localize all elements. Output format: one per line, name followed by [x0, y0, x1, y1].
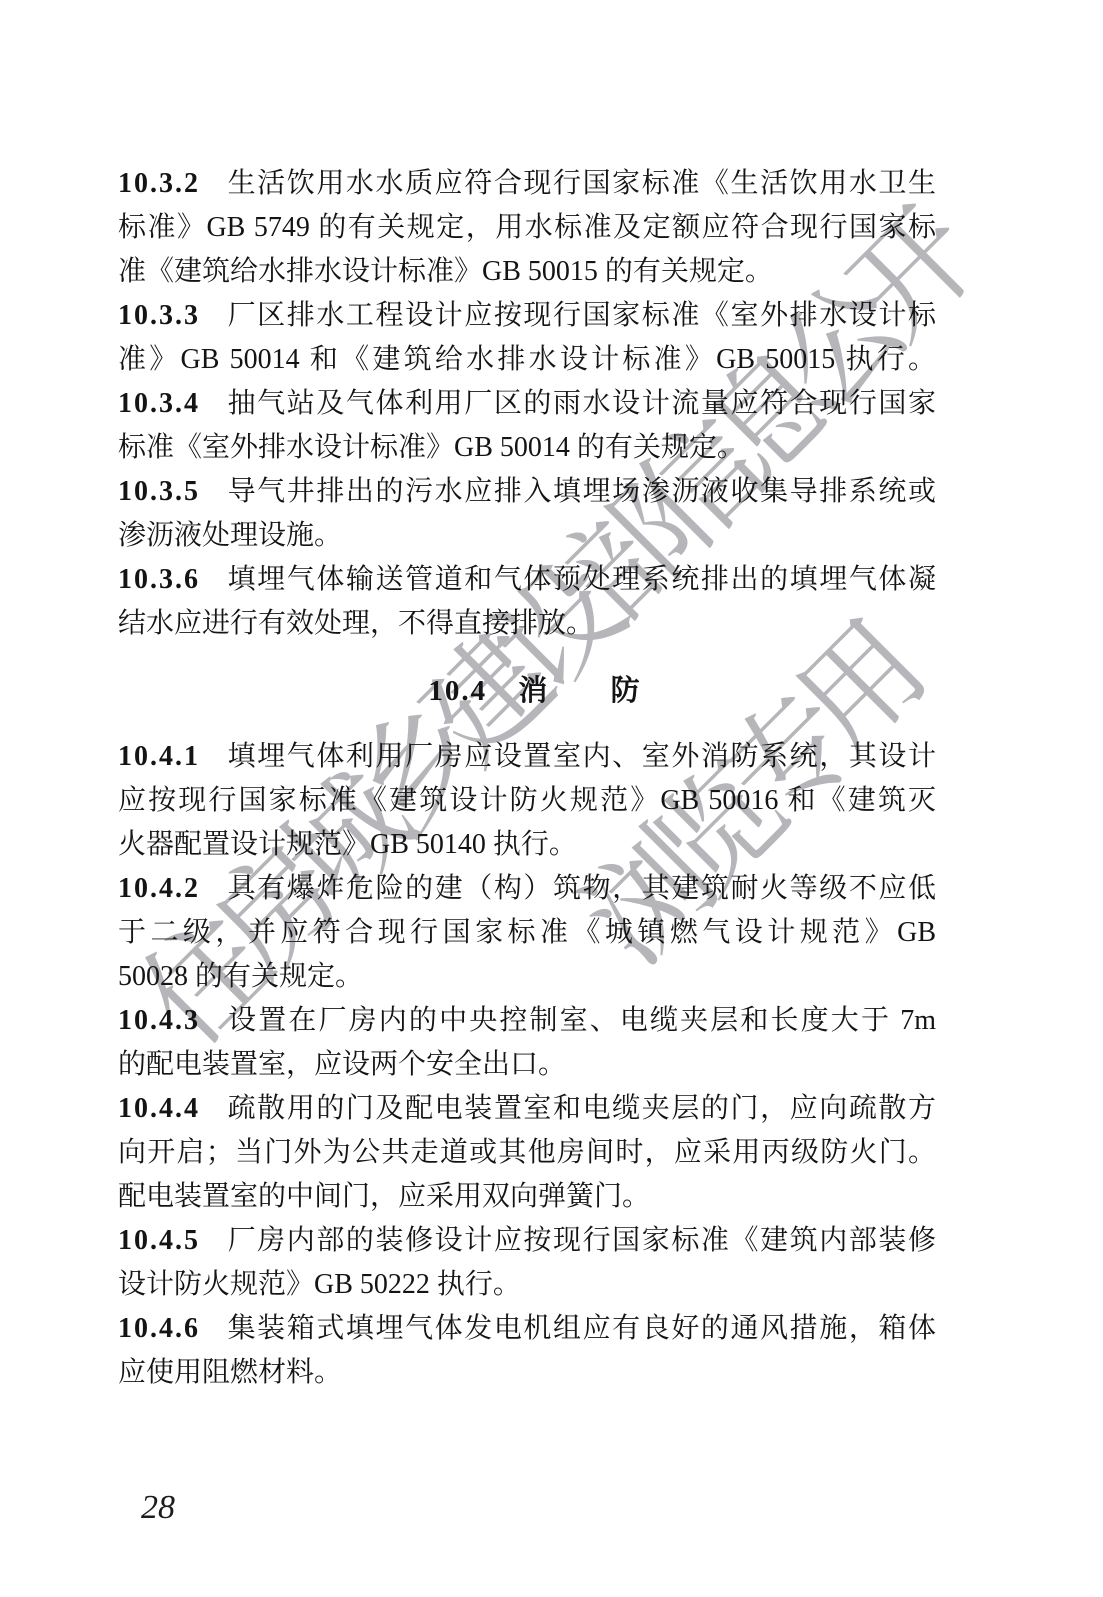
clause-line: 于二级，并应符合现行国家标准《城镇燃气设计规范》GB: [118, 911, 936, 955]
section-heading-title-char-1: 消: [518, 675, 547, 707]
clause-line: 向开启；当门外为公共走道或其他房间时，应采用丙级防火门。: [118, 1131, 936, 1175]
clause-10.3.5: 10.3.5导气井排出的污水应排入填埋场渗沥液收集导排系统或渗沥液处理设施。: [118, 470, 936, 558]
clause-number: 10.3.4: [118, 388, 200, 419]
clause-line: 准《建筑给水排水设计标准》GB 50015 的有关规定。: [118, 250, 936, 294]
clause-line: 标准《室外排水设计标准》GB 50014 的有关规定。: [118, 426, 936, 470]
clause-line: 10.4.5厂房内部的装修设计应按现行国家标准《建筑内部装修: [118, 1219, 936, 1263]
clause-number: 10.4.1: [118, 741, 200, 772]
clause-line: 应使用阻燃材料。: [118, 1351, 936, 1395]
section-heading: 10.4 消 防: [118, 669, 936, 713]
clause-group-10-4: 10.4.1填埋气体利用厂房应设置室内、室外消防系统，其设计应按现行国家标准《建…: [118, 735, 936, 1395]
clause-number: 10.3.3: [118, 300, 200, 331]
clause-number: 10.4.3: [118, 1005, 200, 1036]
clause-line: 设计防火规范》GB 50222 执行。: [118, 1263, 936, 1307]
clause-line: 10.3.6填埋气体输送管道和气体预处理系统排出的填埋气体凝: [118, 558, 936, 602]
clause-10.4.3: 10.4.3设置在厂房内的中央控制室、电缆夹层和长度大于 7m的配电装置室，应设…: [118, 999, 936, 1087]
clause-number: 10.4.2: [118, 873, 200, 904]
clause-text: 疏散用的门及配电装置室和电缆夹层的门，应向疏散方: [226, 1093, 936, 1124]
clause-line: 10.4.1填埋气体利用厂房应设置室内、室外消防系统，其设计: [118, 735, 936, 779]
clause-line: 标准》GB 5749 的有关规定，用水标准及定额应符合现行国家标: [118, 206, 936, 250]
clause-line: 10.4.4疏散用的门及配电装置室和电缆夹层的门，应向疏散方: [118, 1087, 936, 1131]
clause-text: 填埋气体利用厂房应设置室内、室外消防系统，其设计: [226, 741, 936, 772]
clause-text: 填埋气体输送管道和气体预处理系统排出的填埋气体凝: [226, 564, 936, 595]
clause-text: 厂区排水工程设计应按现行国家标准《室外排水设计标: [226, 300, 936, 331]
clause-line: 火器配置设计规范》GB 50140 执行。: [118, 823, 936, 867]
section-heading-title-char-2: 防: [611, 675, 640, 707]
section-heading-number: 10.4: [428, 675, 487, 707]
clause-line: 10.3.5导气井排出的污水应排入填埋场渗沥液收集导排系统或: [118, 470, 936, 514]
clause-text: 抽气站及气体利用厂区的雨水设计流量应符合现行国家: [226, 388, 936, 419]
clause-number: 10.3.5: [118, 476, 200, 507]
clause-10.4.5: 10.4.5厂房内部的装修设计应按现行国家标准《建筑内部装修设计防火规范》GB …: [118, 1219, 936, 1307]
clause-text: 导气井排出的污水应排入填埋场渗沥液收集导排系统或: [226, 476, 936, 507]
clause-line: 10.4.6集装箱式填埋气体发电机组应有良好的通风措施，箱体: [118, 1307, 936, 1351]
clause-number: 10.4.4: [118, 1093, 200, 1124]
clause-line: 10.4.2具有爆炸危险的建（构）筑物，其建筑耐火等级不应低: [118, 867, 936, 911]
clause-line: 配电装置室的中间门，应采用双向弹簧门。: [118, 1175, 936, 1219]
clause-10.4.4: 10.4.4疏散用的门及配电装置室和电缆夹层的门，应向疏散方向开启；当门外为公共…: [118, 1087, 936, 1219]
clause-10.4.2: 10.4.2具有爆炸危险的建（构）筑物，其建筑耐火等级不应低于二级，并应符合现行…: [118, 867, 936, 999]
clause-line: 10.3.2生活饮用水水质应符合现行国家标准《生活饮用水卫生: [118, 162, 936, 206]
clause-number: 10.4.6: [118, 1313, 200, 1344]
clause-10.4.1: 10.4.1填埋气体利用厂房应设置室内、室外消防系统，其设计应按现行国家标准《建…: [118, 735, 936, 867]
clause-line: 应按现行国家标准《建筑设计防火规范》GB 50016 和《建筑灭: [118, 779, 936, 823]
clause-10.3.3: 10.3.3厂区排水工程设计应按现行国家标准《室外排水设计标准》GB 50014…: [118, 294, 936, 382]
clause-line: 50028 的有关规定。: [118, 955, 936, 999]
clause-number: 10.3.6: [118, 564, 200, 595]
clause-10.3.2: 10.3.2生活饮用水水质应符合现行国家标准《生活饮用水卫生标准》GB 5749…: [118, 162, 936, 294]
clause-text: 集装箱式填埋气体发电机组应有良好的通风措施，箱体: [226, 1313, 936, 1344]
clause-text: 具有爆炸危险的建（构）筑物，其建筑耐火等级不应低: [226, 873, 936, 904]
clause-group-10-3: 10.3.2生活饮用水水质应符合现行国家标准《生活饮用水卫生标准》GB 5749…: [118, 162, 936, 646]
clause-10.3.6: 10.3.6填埋气体输送管道和气体预处理系统排出的填埋气体凝结水应进行有效处理，…: [118, 558, 936, 646]
clause-line: 10.4.3设置在厂房内的中央控制室、电缆夹层和长度大于 7m: [118, 999, 936, 1043]
clause-line: 10.3.3厂区排水工程设计应按现行国家标准《室外排水设计标: [118, 294, 936, 338]
clause-line: 的配电装置室，应设两个安全出口。: [118, 1043, 936, 1087]
clause-text: 生活饮用水水质应符合现行国家标准《生活饮用水卫生: [226, 168, 936, 199]
page-content: 10.3.2生活饮用水水质应符合现行国家标准《生活饮用水卫生标准》GB 5749…: [118, 162, 936, 1395]
clause-text: 厂房内部的装修设计应按现行国家标准《建筑内部装修: [226, 1225, 936, 1256]
clause-number: 10.3.2: [118, 168, 200, 199]
clause-line: 准》GB 50014 和《建筑给水排水设计标准》GB 50015 执行。: [118, 338, 936, 382]
clause-text: 设置在厂房内的中央控制室、电缆夹层和长度大于 7m: [226, 1005, 936, 1036]
clause-line: 10.3.4抽气站及气体利用厂区的雨水设计流量应符合现行国家: [118, 382, 936, 426]
clause-line: 渗沥液处理设施。: [118, 514, 936, 558]
clause-line: 结水应进行有效处理，不得直接排放。: [118, 602, 936, 646]
page-number: 28: [141, 1489, 175, 1527]
clause-10.4.6: 10.4.6集装箱式填埋气体发电机组应有良好的通风措施，箱体应使用阻燃材料。: [118, 1307, 936, 1395]
clause-number: 10.4.5: [118, 1225, 200, 1256]
document-page: 住房城乡建设部信息公开 浏览专用 10.3.2生活饮用水水质应符合现行国家标准《…: [0, 0, 1103, 1597]
clause-10.3.4: 10.3.4抽气站及气体利用厂区的雨水设计流量应符合现行国家标准《室外排水设计标…: [118, 382, 936, 470]
